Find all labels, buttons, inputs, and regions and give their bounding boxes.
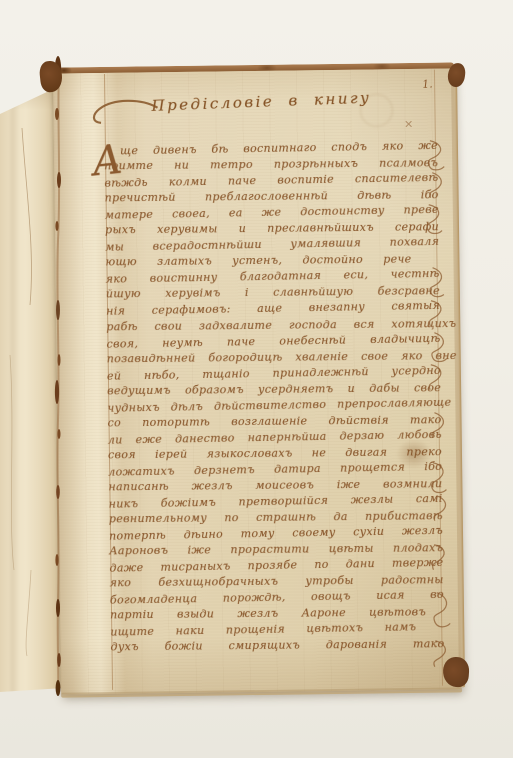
binding-gutter-edge (47, 60, 67, 696)
manuscript-page: 1. Предісловіе в книгу А ще дивенъ бѣ во… (53, 66, 462, 694)
manuscript-scan: 1. Предісловіе в книгу А ще дивенъ бѣ во… (0, 0, 513, 758)
margin-flourishes (426, 132, 473, 672)
title-flourish-swash (89, 100, 160, 131)
manuscript-body: ще дивенъ бѣ воспитнаго сподъ яко же пои… (104, 139, 447, 657)
title-row: Предісловіе в книгу (151, 85, 442, 115)
ink-smudge-mark (406, 121, 412, 127)
manuscript-title: Предісловіе в книгу (151, 89, 371, 115)
page-top-edge (52, 62, 454, 73)
page-bottom-edge (61, 687, 462, 697)
manuscript-line: духъ божіи смирящихъ дарованія тако (110, 637, 444, 656)
watermark-ghost (359, 93, 393, 127)
